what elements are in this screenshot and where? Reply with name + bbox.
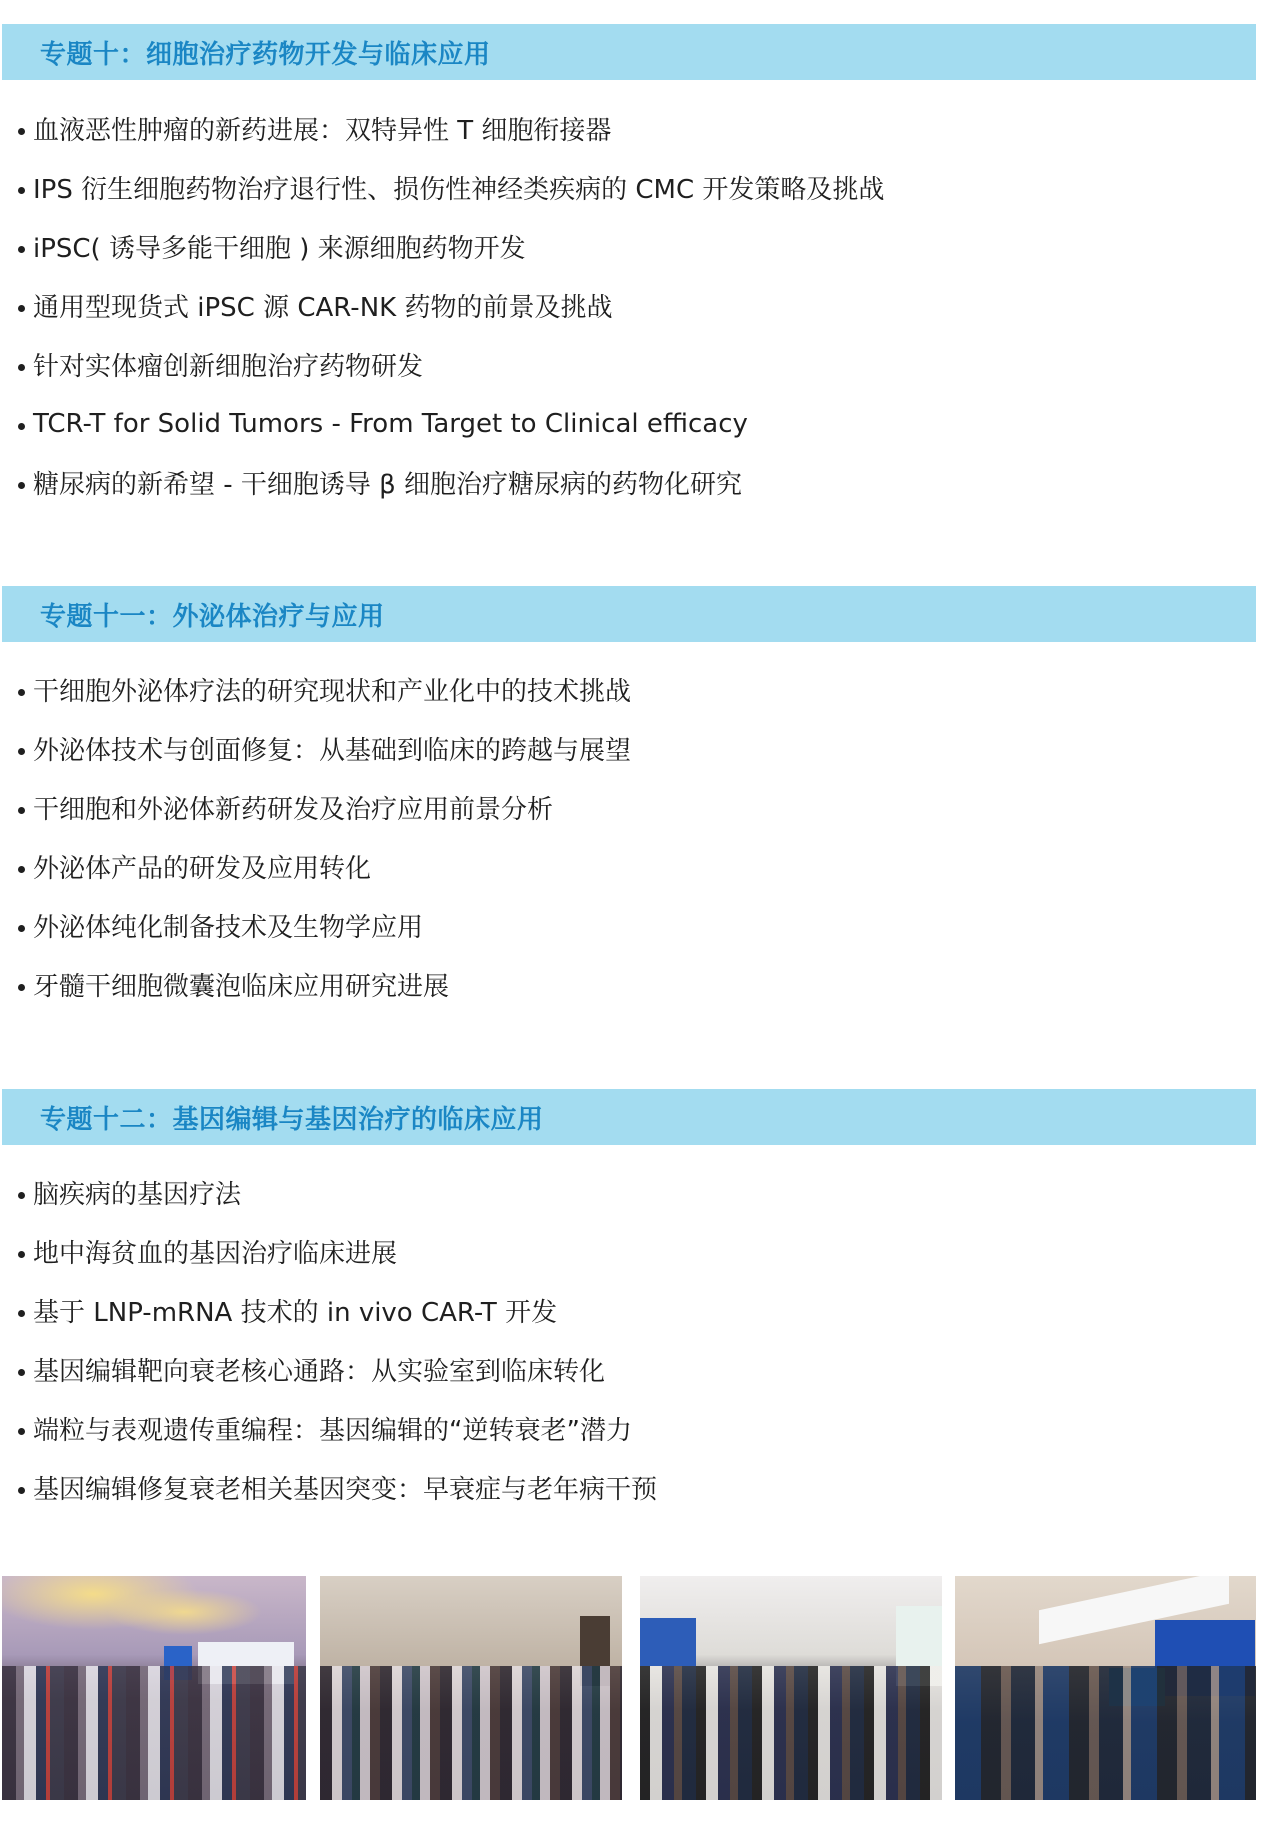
bullet-icon bbox=[18, 128, 25, 135]
bullet-icon bbox=[18, 423, 25, 430]
bullet-icon bbox=[18, 364, 25, 371]
list-item: 基因编辑修复衰老相关基因突变：早衰症与老年病干预 bbox=[18, 1458, 657, 1517]
list-item: 基于 LNP-mRNA 技术的 in vivo CAR-T 开发 bbox=[18, 1281, 657, 1340]
list-item: 脑疾病的基因疗法 bbox=[18, 1163, 657, 1222]
crowd bbox=[640, 1666, 942, 1800]
list-item: 外泌体产品的研发及应用转化 bbox=[18, 837, 631, 896]
bullet-icon bbox=[18, 1192, 25, 1199]
booth-sign bbox=[640, 1618, 696, 1666]
list-item: 基因编辑靶向衰老核心通路：从实验室到临床转化 bbox=[18, 1340, 657, 1399]
list-item: 通用型现货式 iPSC 源 CAR-NK 药物的前景及挑战 bbox=[18, 276, 884, 335]
event-photo-strip bbox=[0, 1576, 1280, 1800]
bullet-icon bbox=[18, 689, 25, 696]
list-item: 针对实体瘤创新细胞治疗药物研发 bbox=[18, 335, 884, 394]
photo-exhibition-booth bbox=[955, 1576, 1256, 1800]
topic-banner: 专题十二：基因编辑与基因治疗的临床应用 bbox=[2, 1089, 1256, 1145]
bullet-icon bbox=[18, 1310, 25, 1317]
bullet-icon bbox=[18, 1487, 25, 1494]
topic-title: 专题十：细胞治疗药物开发与临床应用 bbox=[40, 34, 491, 71]
photo-conference-hall bbox=[2, 1576, 306, 1800]
list-item: iPSC( 诱导多能干细胞 ) 来源细胞药物开发 bbox=[18, 217, 884, 276]
photo-exhibition-hall bbox=[640, 1576, 942, 1800]
list-item: 外泌体纯化制备技术及生物学应用 bbox=[18, 896, 631, 955]
list-item: IPS 衍生细胞药物治疗退行性、损伤性神经类疾病的 CMC 开发策略及挑战 bbox=[18, 158, 884, 217]
topic-banner: 专题十：细胞治疗药物开发与临床应用 bbox=[2, 24, 1256, 80]
bullet-icon bbox=[18, 187, 25, 194]
audience bbox=[320, 1666, 622, 1800]
bullet-icon bbox=[18, 305, 25, 312]
audience bbox=[2, 1666, 306, 1800]
bullet-icon bbox=[18, 984, 25, 991]
list-item: 血液恶性肿瘤的新药进展：双特异性 T 细胞衔接器 bbox=[18, 99, 884, 158]
list-item: TCR-T for Solid Tumors - From Target to … bbox=[18, 394, 884, 453]
topic-banner: 专题十一：外泌体治疗与应用 bbox=[2, 586, 1256, 642]
bullet-icon bbox=[18, 807, 25, 814]
topic-item-list: 脑疾病的基因疗法 地中海贫血的基因治疗临床进展 基于 LNP-mRNA 技术的 … bbox=[18, 1163, 657, 1517]
bullet-icon bbox=[18, 925, 25, 932]
list-item: 端粒与表观遗传重编程：基因编辑的“逆转衰老”潜力 bbox=[18, 1399, 657, 1458]
photo-seated-audience bbox=[320, 1576, 622, 1800]
bullet-icon bbox=[18, 246, 25, 253]
bullet-icon bbox=[18, 748, 25, 755]
bullet-icon bbox=[18, 1369, 25, 1376]
list-item: 干细胞和外泌体新药研发及治疗应用前景分析 bbox=[18, 778, 631, 837]
topic-title: 专题十一：外泌体治疗与应用 bbox=[40, 596, 385, 633]
list-item: 糖尿病的新希望 - 干细胞诱导 β 细胞治疗糖尿病的药物化研究 bbox=[18, 453, 884, 512]
list-item: 干细胞外泌体疗法的研究现状和产业化中的技术挑战 bbox=[18, 660, 631, 719]
topic-item-list: 干细胞外泌体疗法的研究现状和产业化中的技术挑战 外泌体技术与创面修复：从基础到临… bbox=[18, 660, 631, 1014]
bullet-icon bbox=[18, 1428, 25, 1435]
list-item: 牙髓干细胞微囊泡临床应用研究进展 bbox=[18, 955, 631, 1014]
bullet-icon bbox=[18, 866, 25, 873]
crowd bbox=[955, 1666, 1256, 1800]
bullet-icon bbox=[18, 482, 25, 489]
list-item: 外泌体技术与创面修复：从基础到临床的跨越与展望 bbox=[18, 719, 631, 778]
topic-item-list: 血液恶性肿瘤的新药进展：双特异性 T 细胞衔接器 IPS 衍生细胞药物治疗退行性… bbox=[18, 99, 884, 512]
topic-title: 专题十二：基因编辑与基因治疗的临床应用 bbox=[40, 1099, 544, 1136]
list-item: 地中海贫血的基因治疗临床进展 bbox=[18, 1222, 657, 1281]
bullet-icon bbox=[18, 1251, 25, 1258]
